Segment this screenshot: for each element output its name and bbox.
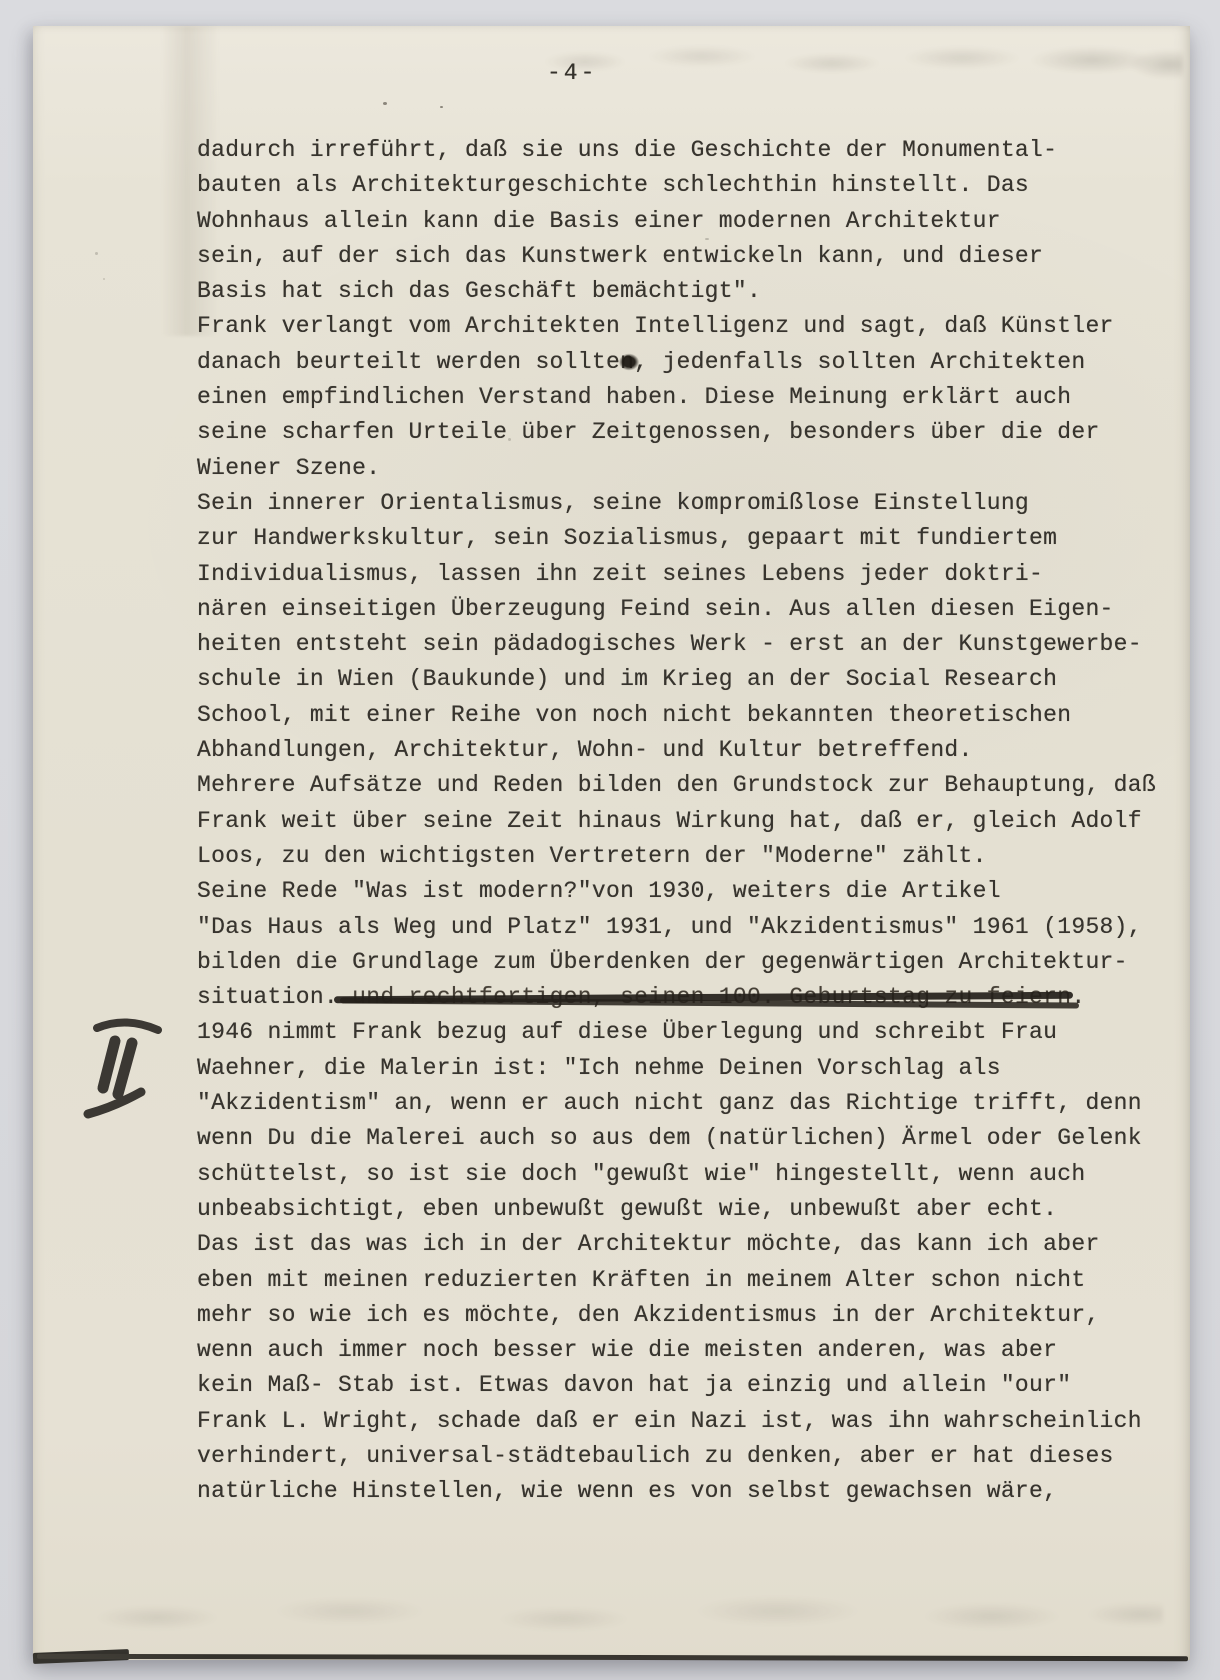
toner-speck <box>95 252 98 255</box>
toner-speck <box>705 238 709 240</box>
text-line: 1946 nimmt Frank bezug auf diese Überleg… <box>197 1015 1172 1050</box>
text-line: Frank verlangt vom Architekten Intellige… <box>197 309 1172 344</box>
crossed-out-text: und rechtfertigen, seinen 100. Geburtsta… <box>338 984 1071 1010</box>
text-line: Mehrere Aufsätze und Reden bilden den Gr… <box>197 768 1172 803</box>
text-line: Frank weit über seine Zeit hinaus Wirkun… <box>197 804 1172 839</box>
text-line: situation. und rechtfertigen, seinen 100… <box>197 980 1172 1015</box>
text-line: Das ist das was ich in der Architektur m… <box>197 1227 1172 1262</box>
text-line: "Akzidentism" an, wenn er auch nicht gan… <box>197 1086 1172 1121</box>
text-line: danach beurteilt werden sollten, jedenfa… <box>197 345 1172 380</box>
text-line: Sein innerer Orientalismus, seine kompro… <box>197 486 1172 521</box>
margin-annotation-ii: II <box>78 1011 178 1131</box>
page-bottom-edge <box>37 1654 1188 1661</box>
text-line: verhindert, universal-städtebaulich zu d… <box>197 1439 1172 1474</box>
handwritten-ii-icon <box>78 1011 178 1131</box>
page-number: -4- <box>547 60 597 86</box>
toner-speck <box>383 102 387 105</box>
text-line: eben mit meinen reduzierten Kräften in m… <box>197 1263 1172 1298</box>
text-line: kein Maß- Stab ist. Etwas davon hat ja e… <box>197 1368 1172 1403</box>
text-line: Abhandlungen, Architektur, Wohn- und Kul… <box>197 733 1172 768</box>
toner-speck <box>508 438 511 441</box>
text-line: Loos, zu den wichtigsten Vertretern der … <box>197 839 1172 874</box>
overstrike-mark: n, <box>620 349 648 375</box>
toner-speck <box>440 106 443 108</box>
text-line: heiten entsteht sein pädadogisches Werk … <box>197 627 1172 662</box>
text-line: bauten als Architekturgeschichte schlech… <box>197 168 1172 203</box>
text-line: schüttelst, so ist sie doch "gewußt wie"… <box>197 1157 1172 1192</box>
text-line: Basis hat sich das Geschäft bemächtigt". <box>197 274 1172 309</box>
text-line: bilden die Grundlage zum Überdenken der … <box>197 945 1172 980</box>
text-line: zur Handwerkskultur, sein Sozialismus, g… <box>197 521 1172 556</box>
text-line: Frank L. Wright, schade daß er ein Nazi … <box>197 1404 1172 1439</box>
text-line: schule in Wien (Baukunde) und im Krieg a… <box>197 662 1172 697</box>
text-line: wenn auch immer noch besser wie die meis… <box>197 1333 1172 1368</box>
scanned-document: -4- dadurch irreführt, daß sie uns die G… <box>0 0 1220 1680</box>
photocopy-smudge-top <box>533 32 1183 86</box>
toner-speck <box>103 278 105 280</box>
text-line: Individualismus, lassen ihn zeit seines … <box>197 557 1172 592</box>
text-line: unbeabsichtigt, eben unbewußt gewußt wie… <box>197 1192 1172 1227</box>
text-line: natürliche Hinstellen, wie wenn es von s… <box>197 1474 1172 1509</box>
text-line: School, mit einer Reihe von noch nicht b… <box>197 698 1172 733</box>
text-line: seine scharfen Urteile über Zeitgenossen… <box>197 415 1172 450</box>
text-lines: dadurch irreführt, daß sie uns die Gesch… <box>197 133 1172 1510</box>
text-line: Wohnhaus allein kann die Basis einer mod… <box>197 204 1172 239</box>
text-line: mehr so wie ich es möchte, den Akzidenti… <box>197 1298 1172 1333</box>
text-line: sein, auf der sich das Kunstwerk entwick… <box>197 239 1172 274</box>
text-line: "Das Haus als Weg und Platz" 1931, und "… <box>197 910 1172 945</box>
text-line: nären einseitigen Überzeugung Feind sein… <box>197 592 1172 627</box>
photocopy-smudge-bottom <box>93 1578 1163 1644</box>
text-line: Waehner, die Malerin ist: "Ich nehme Dei… <box>197 1051 1172 1086</box>
paper-sheet: -4- dadurch irreführt, daß sie uns die G… <box>33 26 1190 1660</box>
text-line: dadurch irreführt, daß sie uns die Gesch… <box>197 133 1172 168</box>
text-line: Seine Rede "Was ist modern?"von 1930, we… <box>197 874 1172 909</box>
text-line: einen empfindlichen Verstand haben. Dies… <box>197 380 1172 415</box>
text-line: Wiener Szene. <box>197 451 1172 486</box>
text-line: wenn Du die Malerei auch so aus dem (nat… <box>197 1121 1172 1156</box>
